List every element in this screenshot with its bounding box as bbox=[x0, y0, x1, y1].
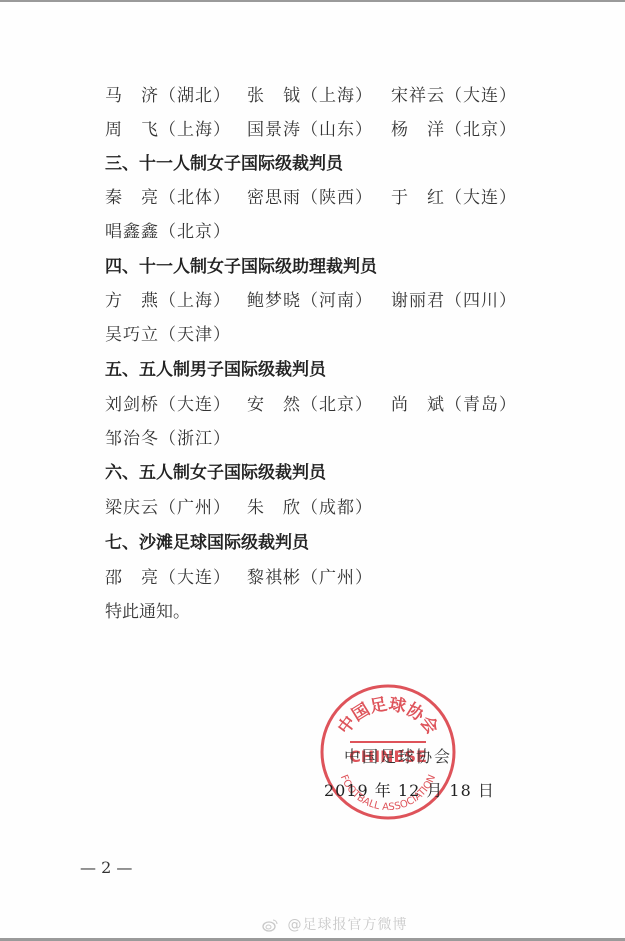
referee-entry: 尚 斌（青岛） bbox=[391, 393, 517, 417]
referee-entry: 邵 亮（大连） bbox=[105, 566, 231, 590]
referee-entry: 国景涛（山东） bbox=[247, 118, 373, 142]
referee-entry: 吴巧立（天津） bbox=[105, 323, 231, 347]
referee-entry: 安 然（北京） bbox=[247, 393, 373, 417]
weibo-icon bbox=[262, 918, 278, 932]
closing-text: 特此通知。 bbox=[105, 600, 190, 624]
page-number: — 2 — bbox=[80, 858, 132, 877]
section-heading: 七、沙滩足球国际级裁判员 bbox=[105, 531, 309, 555]
section-heading: 六、五人制女子国际级裁判员 bbox=[105, 461, 326, 485]
referee-entry: 杨 洋（北京） bbox=[391, 118, 517, 142]
referee-entry: 周 飞（上海） bbox=[105, 118, 231, 142]
referee-entry: 朱 欣（成都） bbox=[247, 496, 373, 520]
section-heading: 五、五人制男子国际级裁判员 bbox=[105, 358, 326, 382]
referee-entry: 黎祺彬（广州） bbox=[247, 566, 373, 590]
signature-organization: 中国足球协会 bbox=[344, 744, 452, 767]
referee-entry: 马 济（湖北） bbox=[105, 84, 231, 108]
referee-entry: 唱鑫鑫（北京） bbox=[105, 220, 231, 244]
section-heading: 四、十一人制女子国际级助理裁判员 bbox=[105, 255, 377, 279]
top-border bbox=[0, 0, 625, 2]
referee-entry: 梁庆云（广州） bbox=[105, 496, 231, 520]
svg-text:中国足球协会: 中国足球协会 bbox=[333, 693, 442, 738]
referee-entry: 谢丽君（四川） bbox=[391, 289, 517, 313]
referee-entry: 邹治冬（浙江） bbox=[105, 427, 231, 451]
signature-date: 2019 年 12 月 18 日 bbox=[324, 778, 495, 801]
referee-entry: 于 红（大连） bbox=[391, 186, 517, 210]
referee-entry: 秦 亮（北体） bbox=[105, 186, 231, 210]
referee-entry: 方 燕（上海） bbox=[105, 289, 231, 313]
referee-entry: 宋祥云（大连） bbox=[391, 84, 517, 108]
referee-entry: 鲍梦晓（河南） bbox=[247, 289, 373, 313]
section-heading: 三、十一人制女子国际级裁判员 bbox=[105, 152, 343, 176]
weibo-watermark: @足球报官方微博 bbox=[262, 914, 407, 934]
referee-entry: 张 钺（上海） bbox=[247, 84, 373, 108]
watermark-text: @足球报官方微博 bbox=[287, 917, 407, 933]
referee-entry: 刘剑桥（大连） bbox=[105, 393, 231, 417]
referee-entry: 密思雨（陕西） bbox=[247, 186, 373, 210]
